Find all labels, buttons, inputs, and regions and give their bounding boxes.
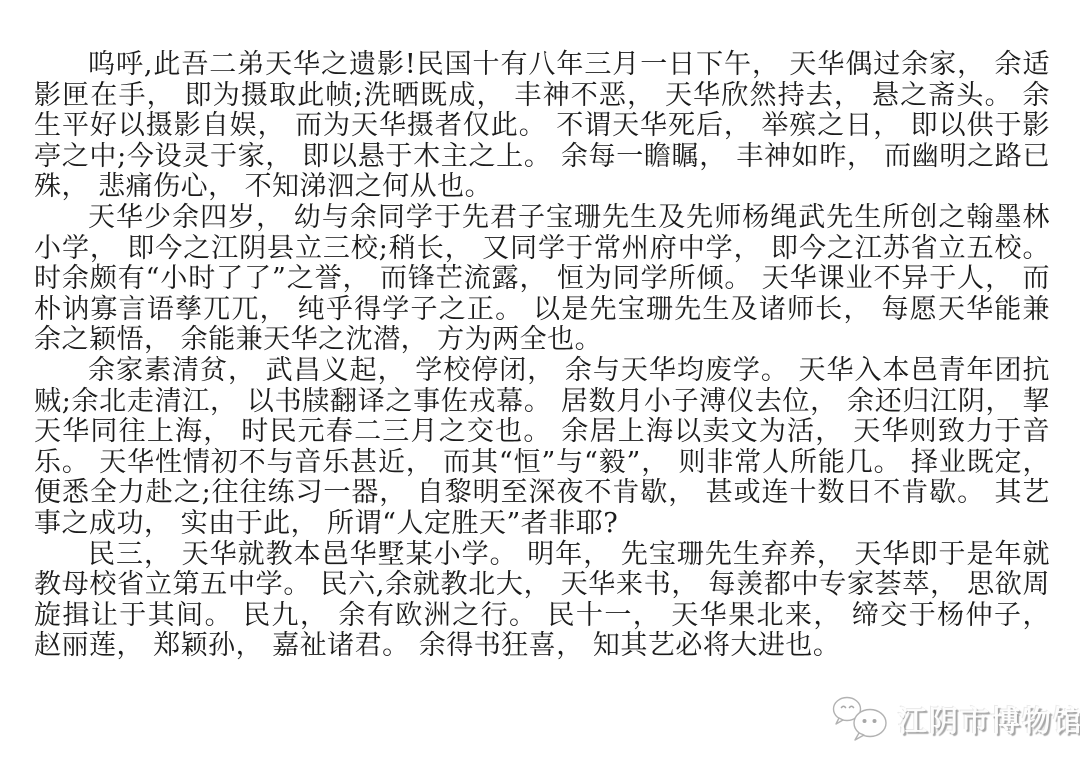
wechat-icon bbox=[830, 694, 892, 744]
paragraph-2: 天华少余四岁， 幼与余同学于先君子宝珊先生及先师杨绳武先生所创之翰墨林小学， 即… bbox=[34, 203, 1050, 356]
watermark-label: 江阴市博物馆 bbox=[898, 699, 1080, 740]
memorial-text-body: 呜呼,此吾二弟天华之遗影!民国十有八年三月一日下午， 天华偶过余家， 余适影匣在… bbox=[34, 50, 1050, 662]
document-viewer-page: { "page": { "background_color": "#ffffff… bbox=[0, 0, 1080, 763]
museum-watermark: 江阴市博物馆 bbox=[830, 694, 1080, 744]
paragraph-4: 民三， 天华就教本邑华墅某小学。 明年， 先宝珊先生弃养， 天华即于是年就教母校… bbox=[34, 540, 1050, 662]
paragraph-3: 余家素清贫， 武昌义起， 学校停闭， 余与天华均废学。 天华入本邑青年团抗贼;余… bbox=[34, 356, 1050, 540]
paragraph-1: 呜呼,此吾二弟天华之遗影!民国十有八年三月一日下午， 天华偶过余家， 余适影匣在… bbox=[34, 50, 1050, 203]
